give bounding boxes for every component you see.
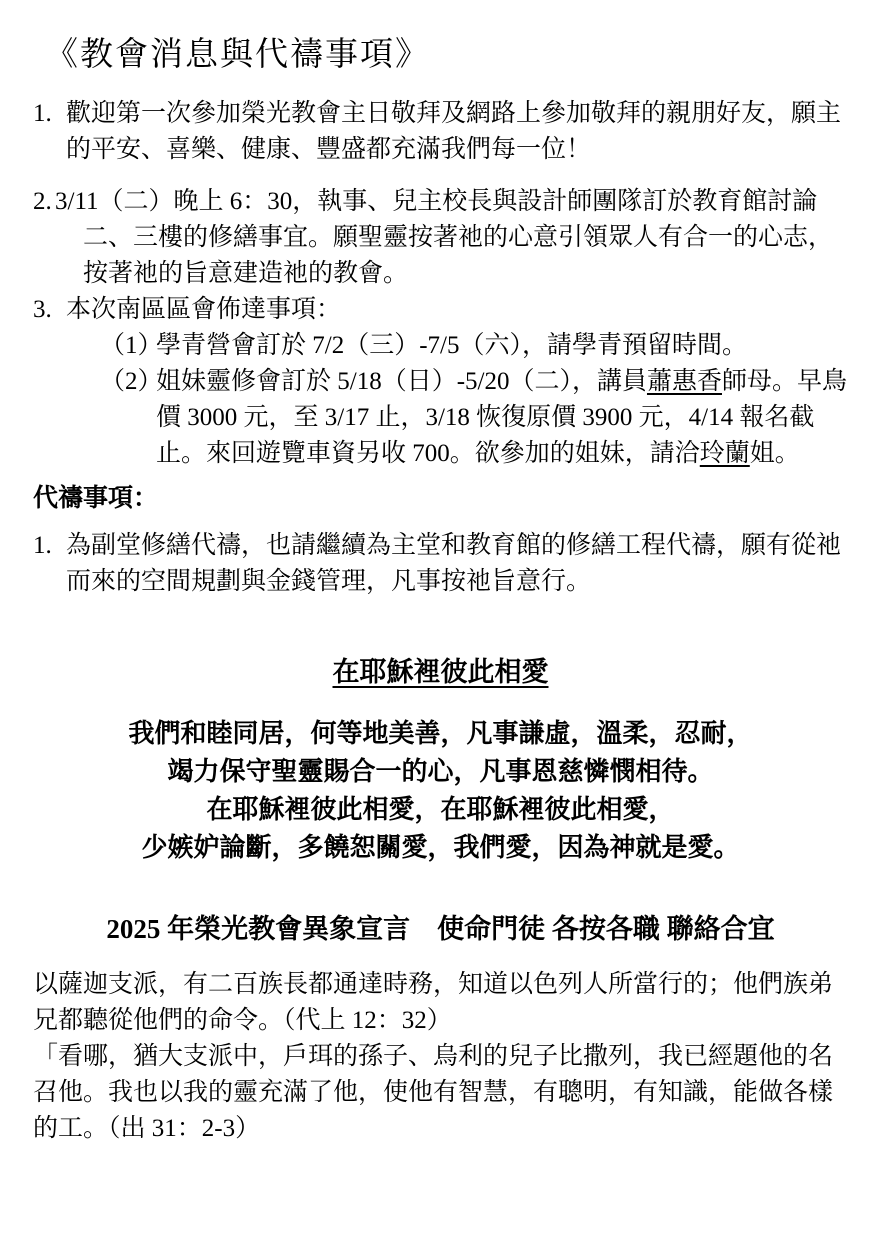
subitem-2: （2） 姐妹靈修會訂於 5/18（日）-5/20（二），講員蕭惠香師母。早鳥價 … — [100, 364, 848, 472]
announcement-item-1: 1. 歡迎第一次參加榮光教會主日敬拜及網路上參加敬拜的親朋好友，願主的平安、喜樂… — [33, 96, 848, 168]
hymn-line-3: 在耶穌裡彼此相愛，在耶穌裡彼此相愛， — [33, 791, 848, 829]
prayer-text: 為副堂修繕代禱，也請繼續為主堂和教育館的修繕工程代禱，願有從祂而來的空間規劃與金… — [66, 528, 848, 600]
hymn-line-2: 竭力保守聖靈賜合一的心，凡事恩慈憐憫相待。 — [33, 753, 848, 791]
subitem-1: （1） 學青營會訂於 7/2（三）-7/5（六），請學青預留時間。 — [100, 328, 848, 364]
announcement-text: 3/11（二）晚上 6：30，執事、兒主校長與設計師團隊訂於教育館討論二、三樓的… — [55, 184, 848, 292]
announcements-section: 1. 歡迎第一次參加榮光教會主日敬拜及網路上參加敬拜的親朋好友，願主的平安、喜樂… — [33, 96, 848, 472]
vision-title: 2025 年榮光教會異象宣言 使命門徒 各按各職 聯絡合宜 — [33, 911, 848, 947]
subitem-text-part: 姐妹靈修會訂於 5/18（日）-5/20（二），講員 — [156, 368, 647, 395]
subitem-text-part: 姐。 — [750, 440, 800, 467]
announcement-text: 本次南區區會佈達事項： — [66, 292, 848, 328]
vision-paragraph-2: 「看哪，猶大支派中，戶珥的孫子、烏利的兒子比撒列，我已經題他的名召他。我也以我的… — [33, 1039, 848, 1147]
announcement-item-2: 2. 3/11（二）晚上 6：30，執事、兒主校長與設計師團隊訂於教育館討論二、… — [33, 184, 848, 292]
prayer-section-heading: 代禱事項： — [33, 482, 848, 516]
prayer-item-1: 1. 為副堂修繕代禱，也請繼續為主堂和教育館的修繕工程代禱，願有從祂而來的空間規… — [33, 528, 848, 600]
church-bulletin-page: 《教會消息與代禱事項》 1. 歡迎第一次參加榮光教會主日敬拜及網路上參加敬拜的親… — [0, 0, 878, 1241]
page-title: 《教會消息與代禱事項》 — [45, 34, 848, 76]
announcement-text: 歡迎第一次參加榮光教會主日敬拜及網路上參加敬拜的親朋好友，願主的平安、喜樂、健康… — [66, 96, 848, 168]
vision-body: 以薩迦支派，有二百族長都通達時務，知道以色列人所當行的；他們族弟兄都聽從他們的命… — [33, 967, 848, 1147]
speaker-name-underlined: 蕭惠香 — [647, 368, 722, 395]
hymn-line-4: 少嫉妒論斷，多饒恕關愛，我們愛，因為神就是愛。 — [33, 829, 848, 867]
hymn-line-1: 我們和睦同居，何等地美善，凡事謙虛，溫柔，忍耐， — [33, 715, 848, 753]
contact-name-underlined: 玲蘭 — [700, 440, 750, 467]
list-marker: 1. — [33, 96, 66, 168]
district-subitems: （1） 學青營會訂於 7/2（三）-7/5（六），請學青預留時間。 （2） 姐妹… — [100, 328, 848, 472]
list-marker: 2. — [33, 184, 55, 292]
list-marker: （2） — [100, 364, 156, 472]
prayer-section: 1. 為副堂修繕代禱，也請繼續為主堂和教育館的修繕工程代禱，願有從祂而來的空間規… — [33, 528, 848, 600]
subitem-text: 姐妹靈修會訂於 5/18（日）-5/20（二），講員蕭惠香師母。早鳥價 3000… — [156, 364, 848, 472]
hymn-section: 在耶穌裡彼此相愛 我們和睦同居，何等地美善，凡事謙虛，溫柔，忍耐， 竭力保守聖靈… — [33, 650, 848, 867]
subitem-text: 學青營會訂於 7/2（三）-7/5（六），請學青預留時間。 — [156, 328, 848, 364]
list-marker: 1. — [33, 528, 66, 600]
list-marker: （1） — [100, 328, 156, 364]
vision-paragraph-1: 以薩迦支派，有二百族長都通達時務，知道以色列人所當行的；他們族弟兄都聽從他們的命… — [33, 967, 848, 1039]
vision-section: 2025 年榮光教會異象宣言 使命門徒 各按各職 聯絡合宜 以薩迦支派，有二百族… — [33, 911, 848, 1147]
announcement-item-3: 3. 本次南區區會佈達事項： — [33, 292, 848, 328]
hymn-title: 在耶穌裡彼此相愛 — [333, 650, 549, 689]
list-marker: 3. — [33, 292, 66, 328]
